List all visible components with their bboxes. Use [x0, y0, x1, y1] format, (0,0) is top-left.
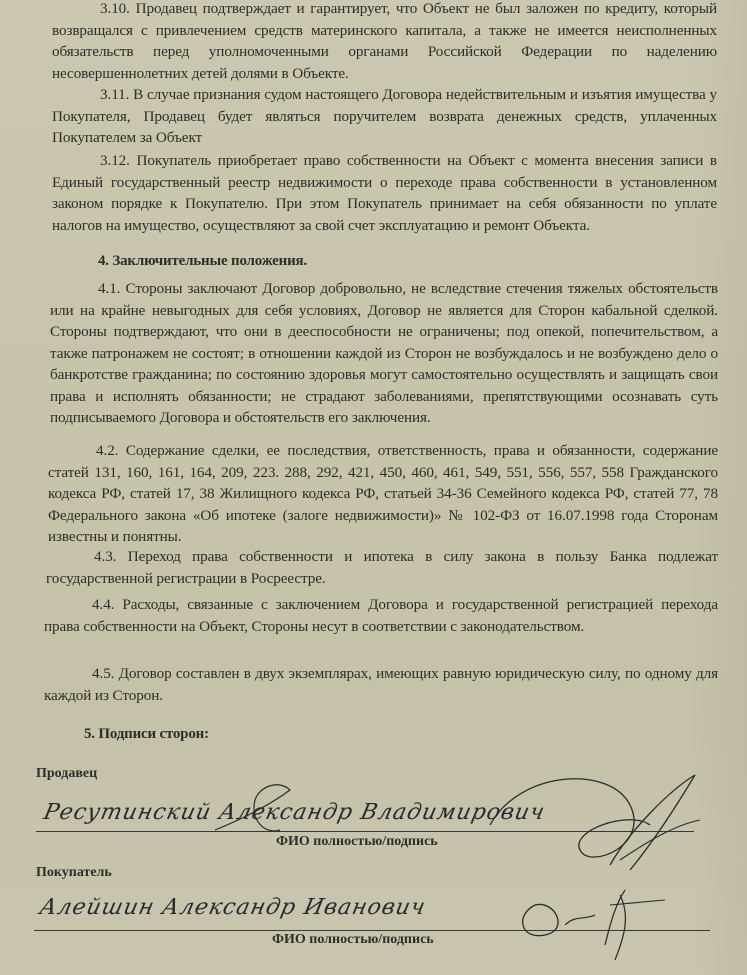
buyer-signature-flourish-icon: [515, 885, 675, 965]
clause-4-3: 4.3. Переход права собственности и ипоте…: [46, 546, 718, 589]
buyer-label: Покупатель: [36, 865, 112, 881]
buyer-caption: ФИО полностью/подпись: [272, 932, 434, 948]
buyer-handwritten-name: Алейшин Александр Иванович: [37, 895, 428, 920]
seller-caption: ФИО полностью/подпись: [276, 834, 438, 850]
seller-signature-flourish-icon: [480, 770, 710, 880]
seller-label: Продавец: [36, 766, 97, 782]
clause-4-5: 4.5. Договор составлен в двух экземпляра…: [44, 663, 718, 706]
seller-signature-loop-icon: [210, 780, 300, 840]
section-4-heading: 4. Заключительные положения.: [98, 253, 307, 270]
contract-page: 3.10. Продавец подтверждает и гарантируе…: [0, 0, 747, 975]
clause-4-1: 4.1. Стороны заключают Договор доброволь…: [50, 278, 718, 429]
clause-4-2: 4.2. Содержание сделки, ее последствия, …: [48, 440, 718, 548]
clause-3-12: 3.12. Покупатель приобретает право собст…: [52, 150, 717, 236]
section-5-heading: 5. Подписи сторон:: [84, 726, 209, 743]
clause-3-10: 3.10. Продавец подтверждает и гарантируе…: [52, 0, 717, 84]
clause-4-4: 4.4. Расходы, связанные с заключением До…: [44, 594, 718, 637]
clause-3-11: 3.11. В случае признания судом настоящег…: [52, 84, 717, 149]
